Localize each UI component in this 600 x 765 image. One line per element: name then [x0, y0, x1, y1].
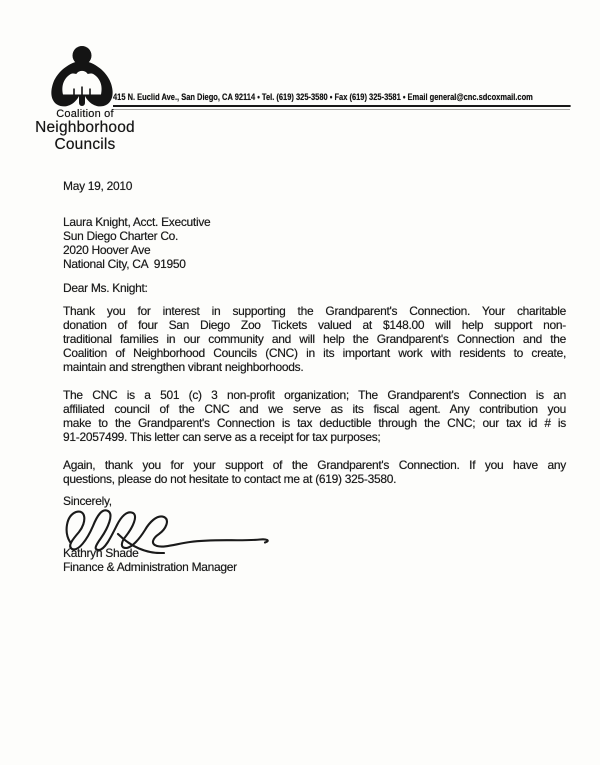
paragraph-line: make to the Grandparent's Connection is … — [63, 416, 566, 430]
paragraph-1: Thank you for interest in supporting the… — [63, 304, 566, 374]
salutation: Dear Ms. Knight: — [63, 281, 566, 295]
letterhead-rule — [113, 109, 570, 110]
recipient-line: Laura Knight, Acct. Executive — [63, 215, 566, 229]
paragraph-line: 91-2057499. This letter can serve as a r… — [63, 430, 566, 444]
paragraph-line: donation of four San Diego Zoo Tickets v… — [63, 318, 566, 332]
paragraph-3: Again, thank you for your support of the… — [63, 458, 566, 486]
paragraph-line: Coalition of Neighborhood Councils (CNC)… — [63, 346, 566, 360]
org-name-line2: Neighborhood — [2, 120, 168, 136]
paragraph-line: questions, please do not hesitate to con… — [63, 472, 566, 486]
signer-title: Finance & Administration Manager — [63, 560, 566, 574]
letterhead-contact-block: 415 N. Euclid Ave., San Diego, CA 92114 … — [113, 91, 570, 110]
signer-name: Kathryn Shade — [63, 546, 566, 560]
letter-body: May 19, 2010 Laura Knight, Acct. Executi… — [63, 179, 566, 574]
org-name-line3: Councils — [2, 137, 168, 153]
scanned-letter-page: Coalition of Neighborhood Councils 415 N… — [0, 0, 600, 765]
paragraph-line: traditional families in our community an… — [63, 332, 566, 346]
paragraph-line: maintain and strengthen vibrant neighbor… — [63, 360, 566, 374]
letter-date: May 19, 2010 — [63, 179, 566, 193]
recipient-address: Laura Knight, Acct. Executive Sun Diego … — [63, 215, 566, 271]
paragraph-line: Thank you for interest in supporting the… — [63, 304, 566, 318]
paragraph-2: The CNC is a 501 (c) 3 non-profit organi… — [63, 388, 566, 444]
letterhead-contact-line: 415 N. Euclid Ave., San Diego, CA 92114 … — [113, 91, 571, 107]
recipient-line: 2020 Hoover Ave — [63, 243, 566, 257]
paragraph-line: affiliated council of the CNC and we ser… — [63, 402, 566, 416]
paragraph-line: The CNC is a 501 (c) 3 non-profit organi… — [63, 388, 566, 402]
paragraph-line: Again, thank you for your support of the… — [63, 458, 566, 472]
recipient-line: Sun Diego Charter Co. — [63, 229, 566, 243]
recipient-line: National City, CA 91950 — [63, 257, 566, 271]
coalition-logo-icon — [46, 45, 118, 112]
organization-name: Coalition of Neighborhood Councils — [2, 109, 168, 153]
